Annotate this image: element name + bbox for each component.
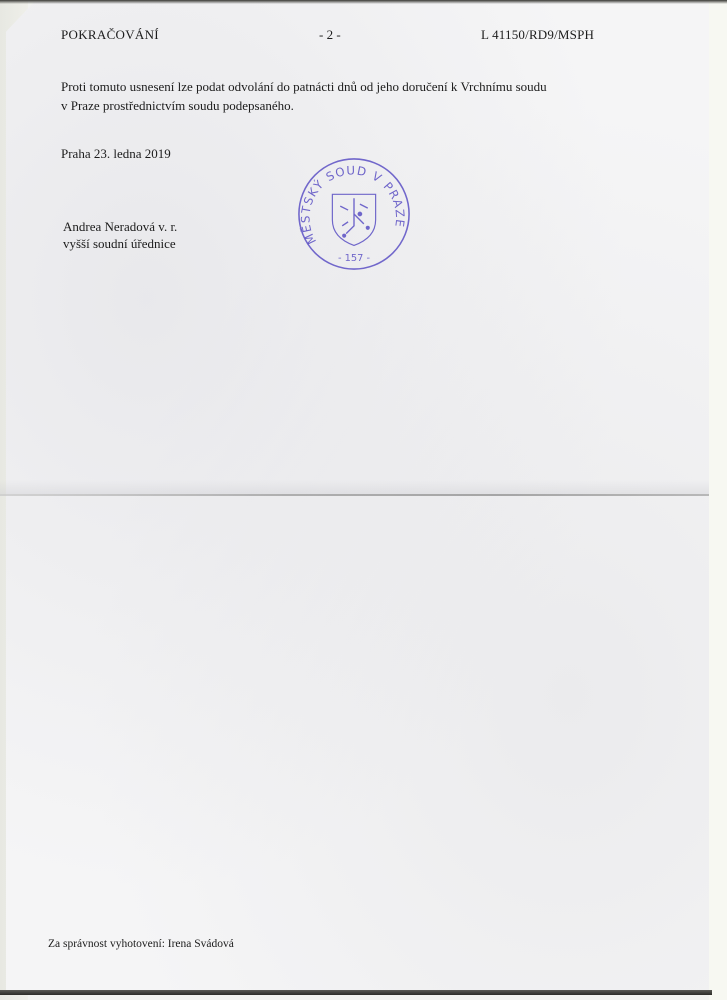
- case-reference: L 41150/RD9/MSPH: [481, 26, 594, 43]
- fold-shadow: [0, 480, 709, 494]
- certification-note: Za správnost vyhotovení: Irena Svádová: [48, 936, 234, 953]
- appeal-notice-line-2: v Praze prostřednictvím soudu podepsanéh…: [61, 96, 547, 115]
- appeal-notice: Proti tomuto usnesení lze podat odvolání…: [61, 77, 547, 115]
- paper-fold-line: [0, 494, 709, 496]
- place-date: Praha 23. ledna 2019: [61, 145, 171, 162]
- appeal-notice-line-1: Proti tomuto usnesení lze podat odvolání…: [61, 77, 547, 96]
- scan-bottom-edge: [0, 990, 712, 995]
- stamp-number: - 157 -: [338, 253, 371, 264]
- continuation-label: POKRAČOVÁNÍ: [61, 26, 159, 43]
- signature-block: Andrea Neradová v. r. vyšší soudní úředn…: [63, 218, 177, 252]
- page-number: - 2 -: [319, 26, 341, 43]
- signer-title: vyšší soudní úřednice: [63, 235, 177, 252]
- scan-right-margin: [709, 0, 727, 1000]
- signer-name: Andrea Neradová v. r.: [63, 218, 177, 235]
- scan-top-edge: [0, 0, 727, 4]
- court-stamp: MĚSTSKÝ SOUD V PRAZE - 157 -: [295, 155, 413, 273]
- coat-of-arms-icon: [332, 194, 375, 245]
